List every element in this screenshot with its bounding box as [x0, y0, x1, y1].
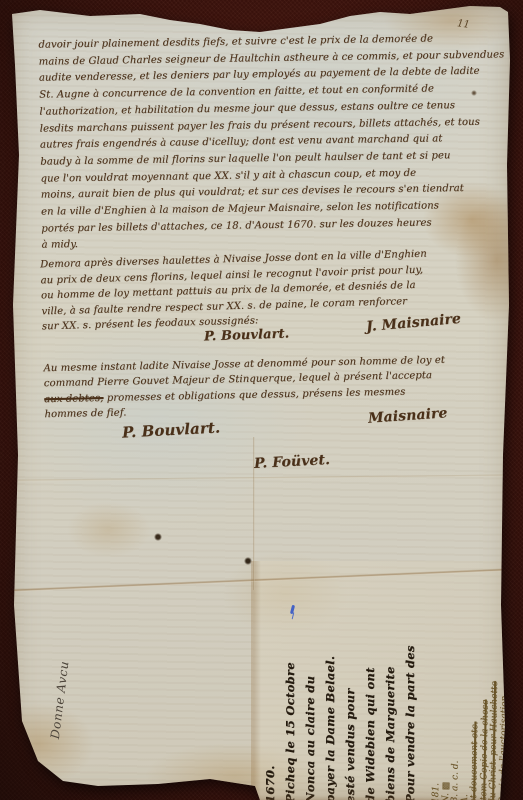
spine-inscription: Donne Avcu — [48, 660, 71, 740]
docket-line: Picheq le 15 Octobre — [280, 603, 300, 800]
main-paragraph: davoir jouir plainement desdits fiefs, e… — [38, 30, 507, 254]
docket-note-light-ink: 3. Aoust 1659. Copie de l'auctorisation … — [432, 591, 521, 800]
docket-line: esté vendus pour — [340, 603, 360, 800]
docket-line-date: 3. Aoust 1659. — [508, 592, 521, 800]
docket-line: payer la Dame Belael. — [320, 603, 340, 800]
docket-note-dark-ink: Pour vendre la part des biens de Marguer… — [260, 603, 420, 800]
signature-bouvlart-1: P. Bouvlart. — [204, 327, 290, 345]
photo-background: 11 davoir jouir plainement desdits fiefs… — [0, 0, 523, 800]
docket-line: biens de Marguerite — [380, 603, 400, 800]
manuscript-paper: 11 davoir jouir plainement desdits fiefs… — [8, 5, 512, 800]
folio-number: 11 — [456, 18, 470, 31]
struck-words: aux debtes, — [44, 393, 104, 405]
signature-gouvet: P. Foüvet. — [254, 452, 331, 472]
docket-line: de Widebien qui ont — [360, 603, 380, 800]
faint-fold-crease — [18, 474, 508, 481]
paper-shadow: 11 davoir jouir plainement desdits fiefs… — [0, 0, 523, 800]
docket-line: Pour vendre la part des — [400, 603, 420, 800]
docket-line: Nonca au claire du — [300, 603, 320, 800]
docket-line-year: 1670. — [260, 603, 280, 800]
signature-bouvlart-2: P. Bouvlart. — [122, 418, 221, 441]
